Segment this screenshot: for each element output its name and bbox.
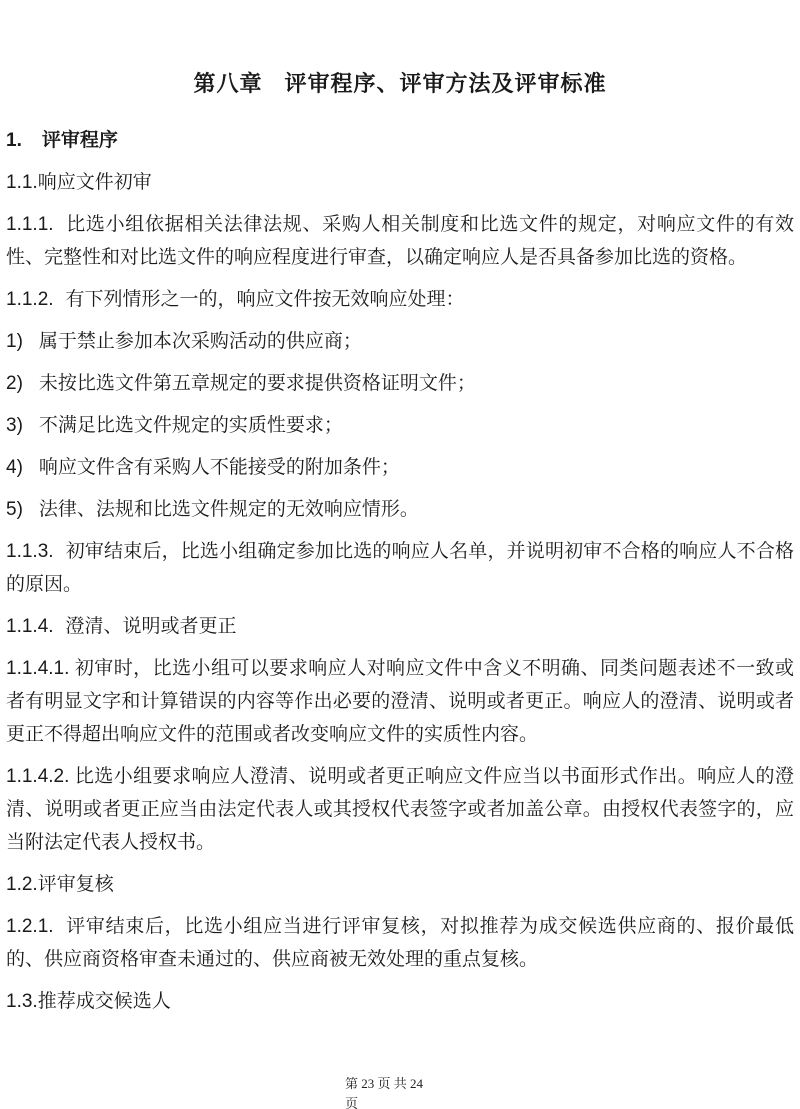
list-item-text: 不满足比选文件规定的实质性要求； — [39, 415, 343, 436]
heading-1: 1.评审程序 — [6, 124, 794, 157]
heading-number: 1. — [6, 130, 22, 151]
clause-1-1-3: 1.1.3.初审结束后，比选小组确定参加比选的响应人名单，并说明初审不合格的响应… — [6, 535, 794, 601]
clause-1-1-1: 1.1.1.比选小组依据相关法律法规、采购人相关制度和比选文件的规定，对响应文件… — [6, 208, 794, 274]
clause-text: 响应文件初审 — [38, 172, 152, 193]
chapter-title-text: 评审程序、评审方法及评审标准 — [285, 71, 607, 96]
clause-number: 1.2.1. — [6, 916, 54, 937]
clause-number: 1.2. — [6, 874, 38, 895]
list-item-2: 2)未按比选文件第五章规定的要求提供资格证明文件； — [6, 367, 794, 400]
list-item-text: 法律、法规和比选文件规定的无效响应情形。 — [39, 499, 419, 520]
clause-number: 1.1.3. — [6, 541, 54, 562]
page-footer-line2: 页 — [345, 1096, 358, 1109]
list-item-text: 未按比选文件第五章规定的要求提供资格证明文件； — [39, 373, 476, 394]
heading-1-2: 1.2.评审复核 — [6, 868, 794, 901]
page-footer-line1: 第 23 页 共 24 — [345, 1076, 423, 1091]
clause-number: 1.1.4.2. — [6, 766, 69, 787]
list-marker: 3) — [6, 415, 23, 436]
clause-text: 澄清、说明或者更正 — [66, 616, 237, 637]
clause-text: 比选小组要求响应人澄清、说明或者更正响应文件应当以书面形式作出。响应人的澄清、说… — [6, 766, 794, 853]
list-marker: 2) — [6, 373, 23, 394]
clause-text: 初审时，比选小组可以要求响应人对响应文件中含义不明确、同类问题表述不一致或者有明… — [6, 658, 794, 745]
list-item-3: 3)不满足比选文件规定的实质性要求； — [6, 409, 794, 442]
document-page: 第八章评审程序、评审方法及评审标准 1.评审程序 1.1.响应文件初审 1.1.… — [0, 0, 800, 1018]
clause-number: 1.1. — [6, 172, 38, 193]
heading-1-3: 1.3.推荐成交候选人 — [6, 985, 794, 1018]
clause-number: 1.1.2. — [6, 289, 54, 310]
chapter-title: 第八章评审程序、评审方法及评审标准 — [6, 68, 794, 100]
clause-1-1-4-2: 1.1.4.2.比选小组要求响应人澄清、说明或者更正响应文件应当以书面形式作出。… — [6, 760, 794, 859]
list-item-5: 5)法律、法规和比选文件规定的无效响应情形。 — [6, 493, 794, 526]
clause-1-1-4-1: 1.1.4.1.初审时，比选小组可以要求响应人对响应文件中含义不明确、同类问题表… — [6, 652, 794, 751]
clause-text: 评审结束后，比选小组应当进行评审复核，对拟推荐为成交候选供应商的、报价最低的、供… — [6, 916, 794, 970]
clause-text: 初审结束后，比选小组确定参加比选的响应人名单，并说明初审不合格的响应人不合格的原… — [6, 541, 794, 595]
clause-number: 1.1.4. — [6, 616, 54, 637]
list-item-1: 1)属于禁止参加本次采购活动的供应商； — [6, 325, 794, 358]
clause-number: 1.3. — [6, 991, 38, 1012]
clause-number: 1.1.4.1. — [6, 658, 69, 679]
clause-text: 评审复核 — [38, 874, 114, 895]
list-item-text: 属于禁止参加本次采购活动的供应商； — [39, 331, 362, 352]
clause-1-1-4: 1.1.4.澄清、说明或者更正 — [6, 610, 794, 643]
list-item-4: 4)响应文件含有采购人不能接受的附加条件； — [6, 451, 794, 484]
clause-1-2-1: 1.2.1.评审结束后，比选小组应当进行评审复核，对拟推荐为成交候选供应商的、报… — [6, 910, 794, 976]
heading-1-1: 1.1.响应文件初审 — [6, 166, 794, 199]
clause-text: 有下列情形之一的，响应文件按无效响应处理： — [66, 289, 465, 310]
clause-1-1-2: 1.1.2.有下列情形之一的，响应文件按无效响应处理： — [6, 283, 794, 316]
clause-number: 1.1.1. — [6, 214, 54, 235]
page-footer: 第 23 页 共 24页 — [345, 1074, 457, 1109]
list-item-text: 响应文件含有采购人不能接受的附加条件； — [39, 457, 400, 478]
chapter-number: 第八章 — [193, 71, 262, 96]
heading-text: 评审程序 — [42, 130, 118, 151]
clause-text: 比选小组依据相关法律法规、采购人相关制度和比选文件的规定，对响应文件的有效性、完… — [6, 214, 794, 268]
list-marker: 1) — [6, 331, 23, 352]
list-marker: 4) — [6, 457, 23, 478]
list-marker: 5) — [6, 499, 23, 520]
clause-text: 推荐成交候选人 — [38, 991, 171, 1012]
